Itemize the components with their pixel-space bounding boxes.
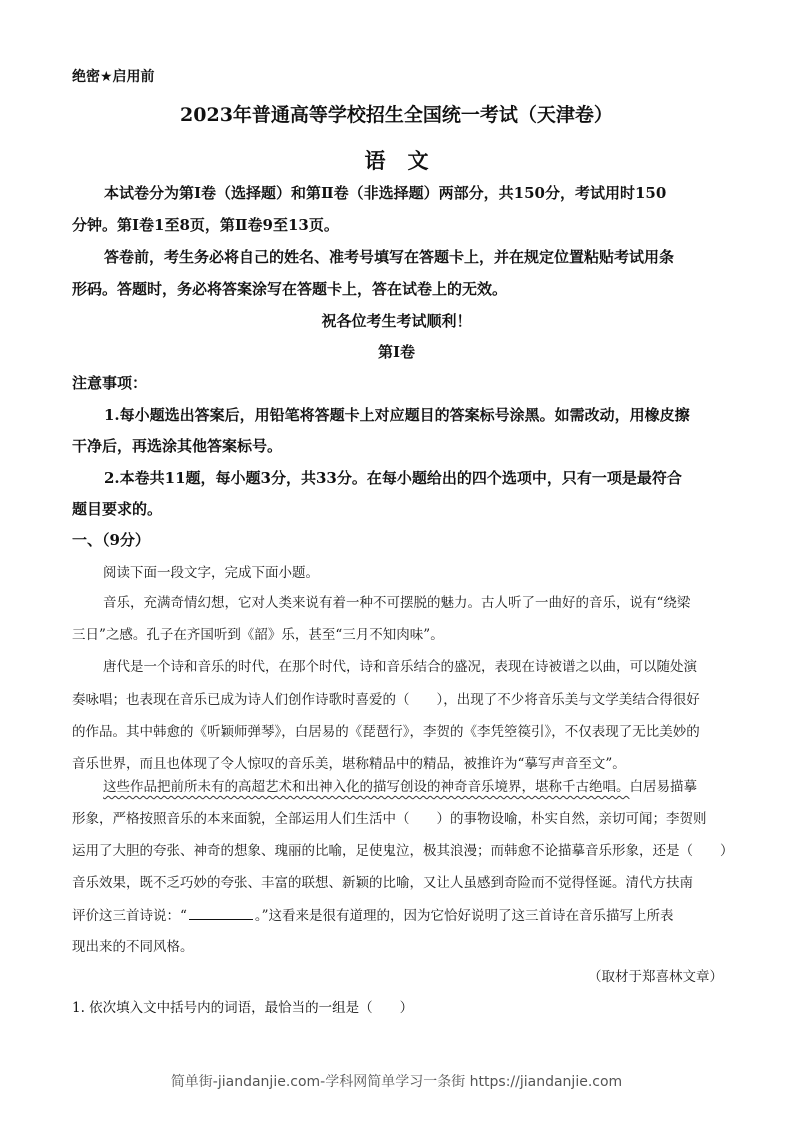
para3-line4: 音乐效果，既不乏巧妙的夸张、丰富的联想、新颖的比喻，又让人虽感到奇险而不觉得怪诞… bbox=[72, 871, 693, 891]
note1-line2: 干净后，再选涂其他答案标号。 bbox=[72, 435, 282, 456]
para3-line5: 评价这三首诗说：“。”这看来是很有道理的，因为它恰好说明了这三首诗在音乐描写上所… bbox=[72, 904, 674, 924]
para3-line2: 形象，严格按照音乐的本来面貌，全部运用人们生活中（ ）的事物设喻，朴实自然，亲切… bbox=[72, 807, 707, 827]
para3-line6: 现出来的不同风格。 bbox=[72, 935, 194, 955]
para2-line3: 的作品。其中韩愈的《听颖师弹琴》，白居易的《琵琶行》，李贺的《李凭箜篌引》，不仅… bbox=[72, 720, 700, 740]
secret-mark: 绝密★启用前 bbox=[72, 66, 155, 86]
para1-line1: 音乐，充满奇情幻想，它对人类来说有着一种不可摆脱的魅力。古人听了一曲好的音乐，说… bbox=[103, 591, 690, 611]
question-1: 1. 依次填入文中括号内的词语，最恰当的一组是（ ） bbox=[72, 996, 413, 1016]
para1-line2: 三日”之感。孔子在齐国听到《韶》乐，甚至“三月不知肉味”。 bbox=[72, 623, 444, 643]
para3-line5-post: 。”这看来是很有道理的，因为它恰好说明了这三首诗在音乐描写上所表 bbox=[255, 908, 674, 924]
note2-line1: 2.本卷共11题，每小题3分，共33分。在每小题给出的四个选项中，只有一项是最符… bbox=[104, 467, 682, 488]
para2-line2: 奏咏唱；也表现在音乐已成为诗人们创作诗歌时喜爱的（ ），出现了不少将音乐美与文学… bbox=[72, 688, 700, 708]
intro-p1-line2: 分钟。第Ⅰ卷1至8页，第Ⅱ卷9至13页。 bbox=[72, 214, 339, 235]
fill-blank bbox=[189, 907, 253, 920]
para3-line3: 运用了大胆的夸张、神奇的想象、瑰丽的比喻，足使鬼泣，极其浪漫；而韩愈不论描摹音乐… bbox=[72, 839, 734, 859]
para3-line1: 这些作品把前所未有的高超艺术和出神入化的描写创设的神奇音乐境界，堪称千古绝唱。白… bbox=[103, 775, 697, 795]
exam-title: 2023年普通高等学校招生全国统一考试（天津卷） bbox=[0, 100, 793, 127]
exam-page: 绝密★启用前 2023年普通高等学校招生全国统一考试（天津卷） 语文 本试卷分为… bbox=[0, 0, 793, 1122]
section-heading: 一、（9分） bbox=[72, 529, 150, 550]
underlined-sentence: 这些作品把前所未有的高超艺术和出神入化的描写创设的神奇音乐境界，堪称千古绝唱。 bbox=[103, 779, 630, 795]
watermark-footer: 简单街-jiandanjie.com-学科网简单学习一条街 https://ji… bbox=[0, 1071, 793, 1091]
intro-p1-line1: 本试卷分为第Ⅰ卷（选择题）和第Ⅱ卷（非选择题）两部分，共150分，考试用时150 bbox=[104, 182, 666, 203]
intro-p2-line1: 答卷前，考生务必将自己的姓名、准考号填写在答题卡上，并在规定位置粘贴考试用条 bbox=[104, 246, 674, 267]
subject-title: 语文 bbox=[0, 145, 793, 175]
para2-line4: 音乐世界，而且也体现了令人惊叹的音乐美，堪称精品中的精品，被推许为“摹写声音至文… bbox=[72, 752, 626, 772]
para2-line1: 唐代是一个诗和音乐的时代，在那个时代，诗和音乐结合的盛况，表现在诗被谱之以曲，可… bbox=[103, 655, 697, 675]
source-citation: （取材于郑喜林文章） bbox=[588, 965, 723, 985]
para3-line5-pre: 评价这三首诗说：“ bbox=[72, 908, 187, 924]
note1-line1: 1.每小题选出答案后，用铅笔将答题卡上对应题目的答案标号涂黑。如需改动，用橡皮擦 bbox=[104, 404, 690, 425]
notes-heading: 注意事项： bbox=[72, 372, 147, 393]
intro-p2-line2: 形码。答题时，务必将答案涂写在答题卡上，答在试卷上的无效。 bbox=[72, 278, 507, 299]
note2-line2: 题目要求的。 bbox=[72, 498, 162, 519]
volume-heading: 第Ⅰ卷 bbox=[0, 341, 793, 362]
para3-line1-rest: 白居易描摹 bbox=[630, 779, 698, 795]
reading-instruction: 阅读下面一段文字，完成下面小题。 bbox=[103, 561, 319, 581]
wish-line: 祝各位考生考试顺利！ bbox=[0, 310, 793, 331]
